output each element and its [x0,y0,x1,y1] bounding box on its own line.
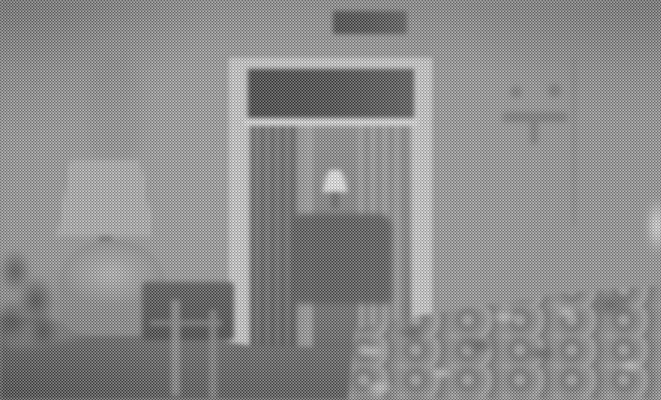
wall-shadow-smudge [88,55,143,170]
right-edge-highlight [645,197,661,255]
sconce-stem [530,120,538,144]
transom-sill [244,118,418,126]
inner-room-lamp-base [331,192,339,208]
side-table-rail [150,320,222,326]
table-lamp-shade [57,160,154,236]
room-photograph [0,0,661,400]
side-table-leg [171,300,180,396]
wall-sconce [500,82,574,146]
sconce-ornament [548,84,561,97]
plant [0,246,64,346]
sconce-ornament [510,86,522,98]
side-table [142,282,234,340]
inner-room-furniture [292,214,392,304]
overhead-sign [333,11,407,34]
transom-window [248,69,414,118]
photo-shape-layer [0,0,661,400]
wall-corner-line [572,58,576,226]
